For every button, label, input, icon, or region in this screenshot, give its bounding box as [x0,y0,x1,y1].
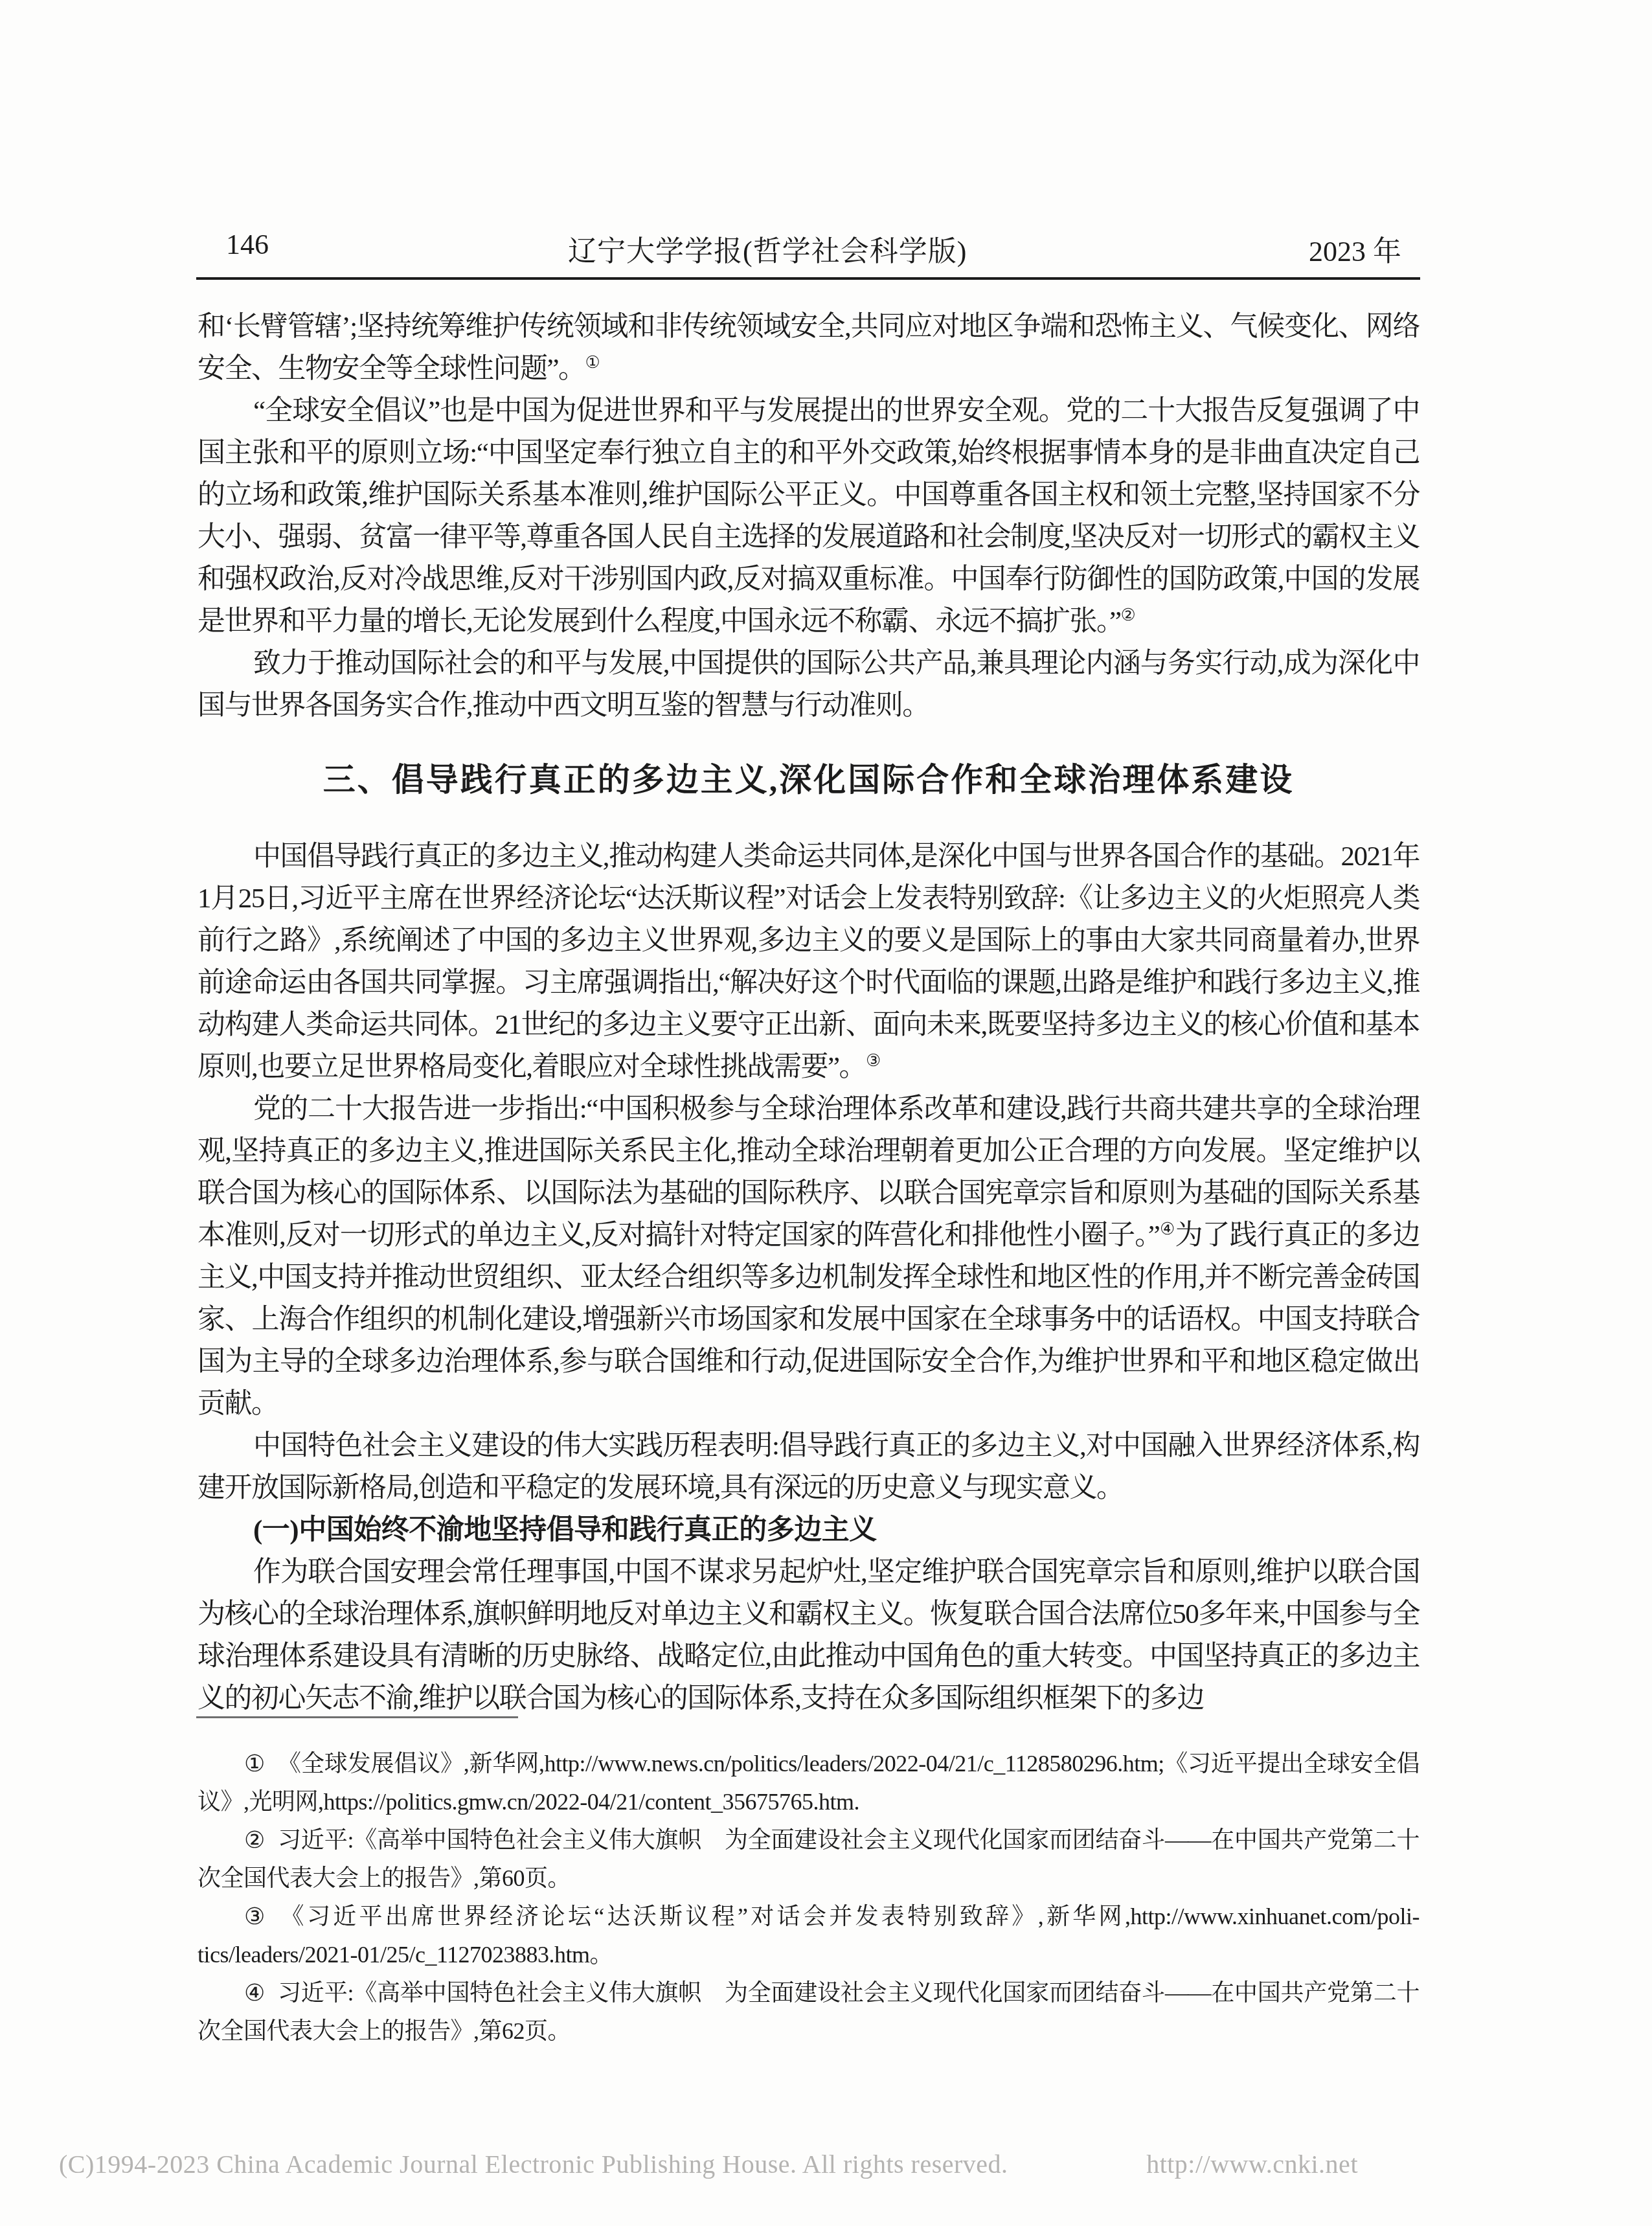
footnote-text: 习近平:《高举中国特色社会主义伟大旗帜 为全面建设社会主义现代化国家而团结奋斗—… [198,1980,1420,2044]
header-rule [196,277,1420,280]
section-heading: 三、倡导践行真正的多边主义,深化国际合作和全球治理体系建设 [198,756,1420,803]
footnote-item: ③《习近平出席世界经济论坛“达沃斯议程”对话会并发表特别致辞》,新华网,http… [198,1898,1420,1974]
footnote-ref: ① [585,353,600,372]
paragraph: 作为联合国安理会常任理事国,中国不谋求另起炉灶,坚定维护联合国宪章宗旨和原则,维… [198,1551,1420,1720]
journal-title: 辽宁大学学报(哲学社会科学版) [568,228,967,269]
footnote-marker: ③ [244,1903,268,1929]
page-footer: (C)1994-2023 China Academic Journal Elec… [59,2149,1358,2179]
footnote-ref: ② [1121,606,1136,624]
footnote-item: ②习近平:《高举中国特色社会主义伟大旗帜 为全面建设社会主义现代化国家而团结奋斗… [198,1821,1420,1898]
paragraph: 和‘长臂管辖’;坚持统筹维护传统领域和非传统领域安全,共同应对地区争端和恐怖主义… [198,306,1420,390]
paragraph: 中国特色社会主义建设的伟大实践历程表明:倡导践行真正的多边主义,对中国融入世界经… [198,1425,1420,1509]
footnote-text: 《习近平出席世界经济论坛“达沃斯议程”对话会并发表特别致辞》,新华网,http:… [198,1903,1420,1968]
footnote-marker: ② [244,1827,265,1853]
paragraph: 致力于推动国际社会的和平与发展,中国提供的国际公共产品,兼具理论内涵与务实行动,… [198,642,1420,727]
year-label: 2023 年 [1309,228,1401,269]
paragraph: “全球安全倡议”也是中国为促进世界和平与发展提出的世界安全观。党的二十大报告反复… [198,390,1420,642]
footnote-ref: ④ [1159,1220,1175,1238]
page-header: 146 辽宁大学学报(哲学社会科学版) 2023 年 [198,228,1420,266]
subsection-heading: (一)中国始终不渝地坚持倡导和践行真正的多边主义 [198,1509,1420,1551]
paragraph: 中国倡导践行真正的多边主义,推动构建人类命运共同体,是深化中国与世界各国合作的基… [198,835,1420,1088]
footnote-item: ④习近平:《高举中国特色社会主义伟大旗帜 为全面建设社会主义现代化国家而团结奋斗… [198,1974,1420,2050]
footnote-item: ①《全球发展倡议》,新华网,http://www.news.cn/politic… [198,1745,1420,1821]
page-number: 146 [226,228,269,261]
footer-url: http://www.cnki.net [1146,2149,1358,2179]
paragraph: 党的二十大报告进一步指出:“中国积极参与全球治理体系改革和建设,践行共商共建共享… [198,1088,1420,1425]
footer-copyright: (C)1994-2023 China Academic Journal Elec… [59,2149,1008,2179]
footnote-text: 习近平:《高举中国特色社会主义伟大旗帜 为全面建设社会主义现代化国家而团结奋斗—… [198,1827,1420,1891]
footnotes: ①《全球发展倡议》,新华网,http://www.news.cn/politic… [198,1745,1420,2050]
footnote-marker: ① [244,1751,265,1777]
footnote-ref: ③ [866,1051,881,1070]
footnote-separator [196,1716,518,1718]
footnote-text: 《全球发展倡议》,新华网,http://www.news.cn/politics… [198,1751,1420,1815]
body-text: 和‘长臂管辖’;坚持统筹维护传统领域和非传统领域安全,共同应对地区争端和恐怖主义… [198,306,1420,1720]
journal-page: 146 辽宁大学学报(哲学社会科学版) 2023 年 和‘长臂管辖’;坚持统筹维… [0,0,1652,2226]
footnote-marker: ④ [244,1980,265,2006]
